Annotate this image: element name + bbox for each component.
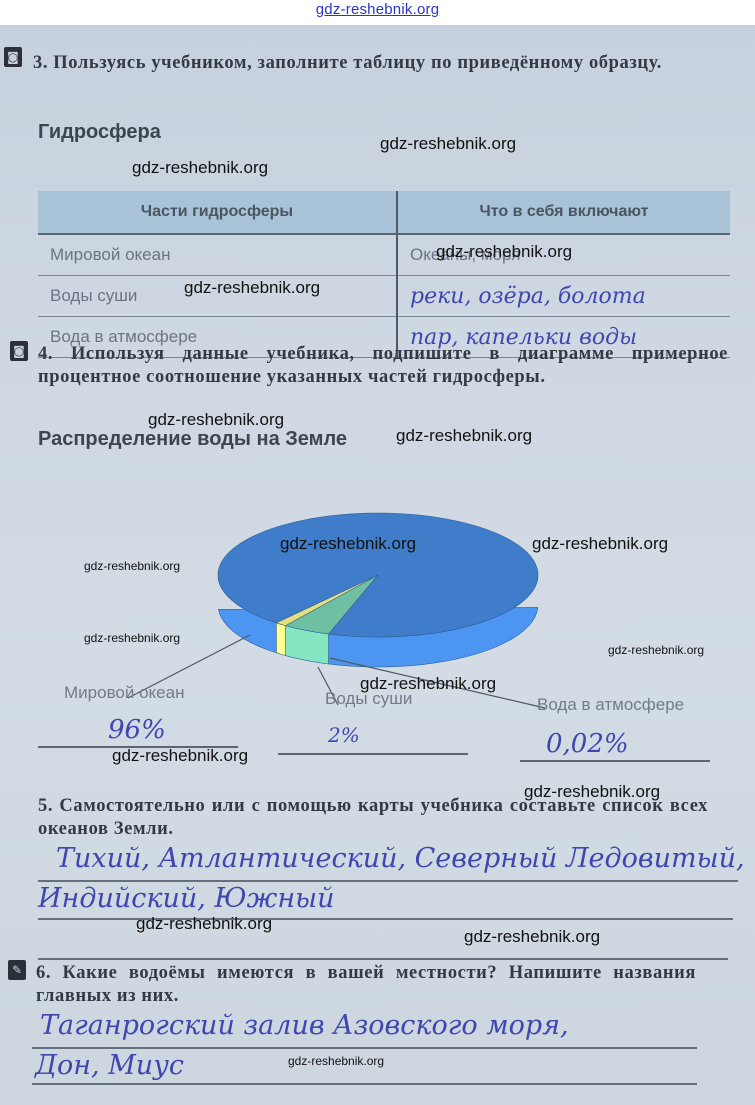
column-header: Что в себя включают	[397, 191, 730, 234]
site-link[interactable]: gdz-reshebnik.org	[0, 1, 755, 18]
workbook-icon: ◙	[10, 341, 28, 361]
watermark: gdz-reshebnik.org	[84, 559, 180, 573]
table-header-row: Части гидросферы Что в себя включают	[38, 191, 730, 234]
watermark: gdz-reshebnik.org	[280, 534, 416, 554]
task-4-text: 4. Используя данные учебника, подпишите …	[38, 343, 728, 389]
watermark: gdz-reshebnik.org	[288, 1054, 384, 1068]
watermark: gdz-reshebnik.org	[360, 674, 496, 694]
watermark: gdz-reshebnik.org	[380, 134, 516, 154]
watermark: gdz-reshebnik.org	[148, 410, 284, 430]
table-title: Гидросфера	[38, 121, 161, 144]
table-row: Мировой океан Океаны, моря	[38, 234, 730, 276]
answer-line	[278, 753, 468, 755]
task-6-text: 6. Какие водоёмы имеются в вашей местнос…	[36, 962, 696, 1008]
watermark: gdz-reshebnik.org	[396, 426, 532, 446]
table-row: Воды суши реки, озёра, болота	[38, 276, 730, 317]
table-cell-includes-handwritten: реки, озёра, болота	[397, 276, 730, 317]
watermark: gdz-reshebnik.org	[112, 746, 248, 766]
table-cell-part: Мировой океан	[38, 234, 397, 276]
pencil-icon: ✎	[8, 960, 26, 980]
watermark: gdz-reshebnik.org	[436, 242, 572, 262]
task-3-text: 3. Пользуясь учебником, заполните таблиц…	[33, 52, 738, 75]
watermark: gdz-reshebnik.org	[608, 643, 704, 657]
pie-label-atmosphere: Вода в атмосфере	[537, 695, 684, 715]
watermark: gdz-reshebnik.org	[524, 782, 660, 802]
task-5-answer-line-1: Тихий, Атлантический, Северный Ледовитый…	[56, 843, 745, 874]
answer-line	[520, 760, 710, 762]
answer-line	[32, 1083, 697, 1085]
column-header: Части гидросферы	[38, 191, 397, 234]
watermark: gdz-reshebnik.org	[84, 631, 180, 645]
watermark: gdz-reshebnik.org	[132, 158, 268, 178]
watermark: gdz-reshebnik.org	[464, 927, 600, 947]
watermark: gdz-reshebnik.org	[532, 534, 668, 554]
answer-line	[38, 958, 728, 960]
task-6-answer-line-1: Таганрогский залив Азовского моря,	[40, 1010, 569, 1041]
answer-line	[38, 880, 738, 882]
watermark: gdz-reshebnik.org	[184, 278, 320, 298]
task-6-answer-line-2: Дон, Миус	[35, 1050, 184, 1081]
answer-land-water: 2%	[328, 723, 360, 747]
task-5-answer-line-2: Индийский, Южный	[38, 883, 335, 914]
hydrosphere-table: Части гидросферы Что в себя включают Мир…	[38, 191, 730, 358]
answer-atmosphere: 0,02%	[546, 729, 629, 759]
top-bar: gdz-reshebnik.org	[0, 0, 755, 25]
watermark: gdz-reshebnik.org	[136, 914, 272, 934]
chart-title: Распределение воды на Земле	[38, 428, 347, 451]
answer-ocean: 96%	[108, 715, 166, 745]
workbook-icon: ◙	[4, 47, 22, 67]
pie-label-ocean: Мировой океан	[64, 683, 184, 703]
answer-line	[32, 1047, 697, 1049]
